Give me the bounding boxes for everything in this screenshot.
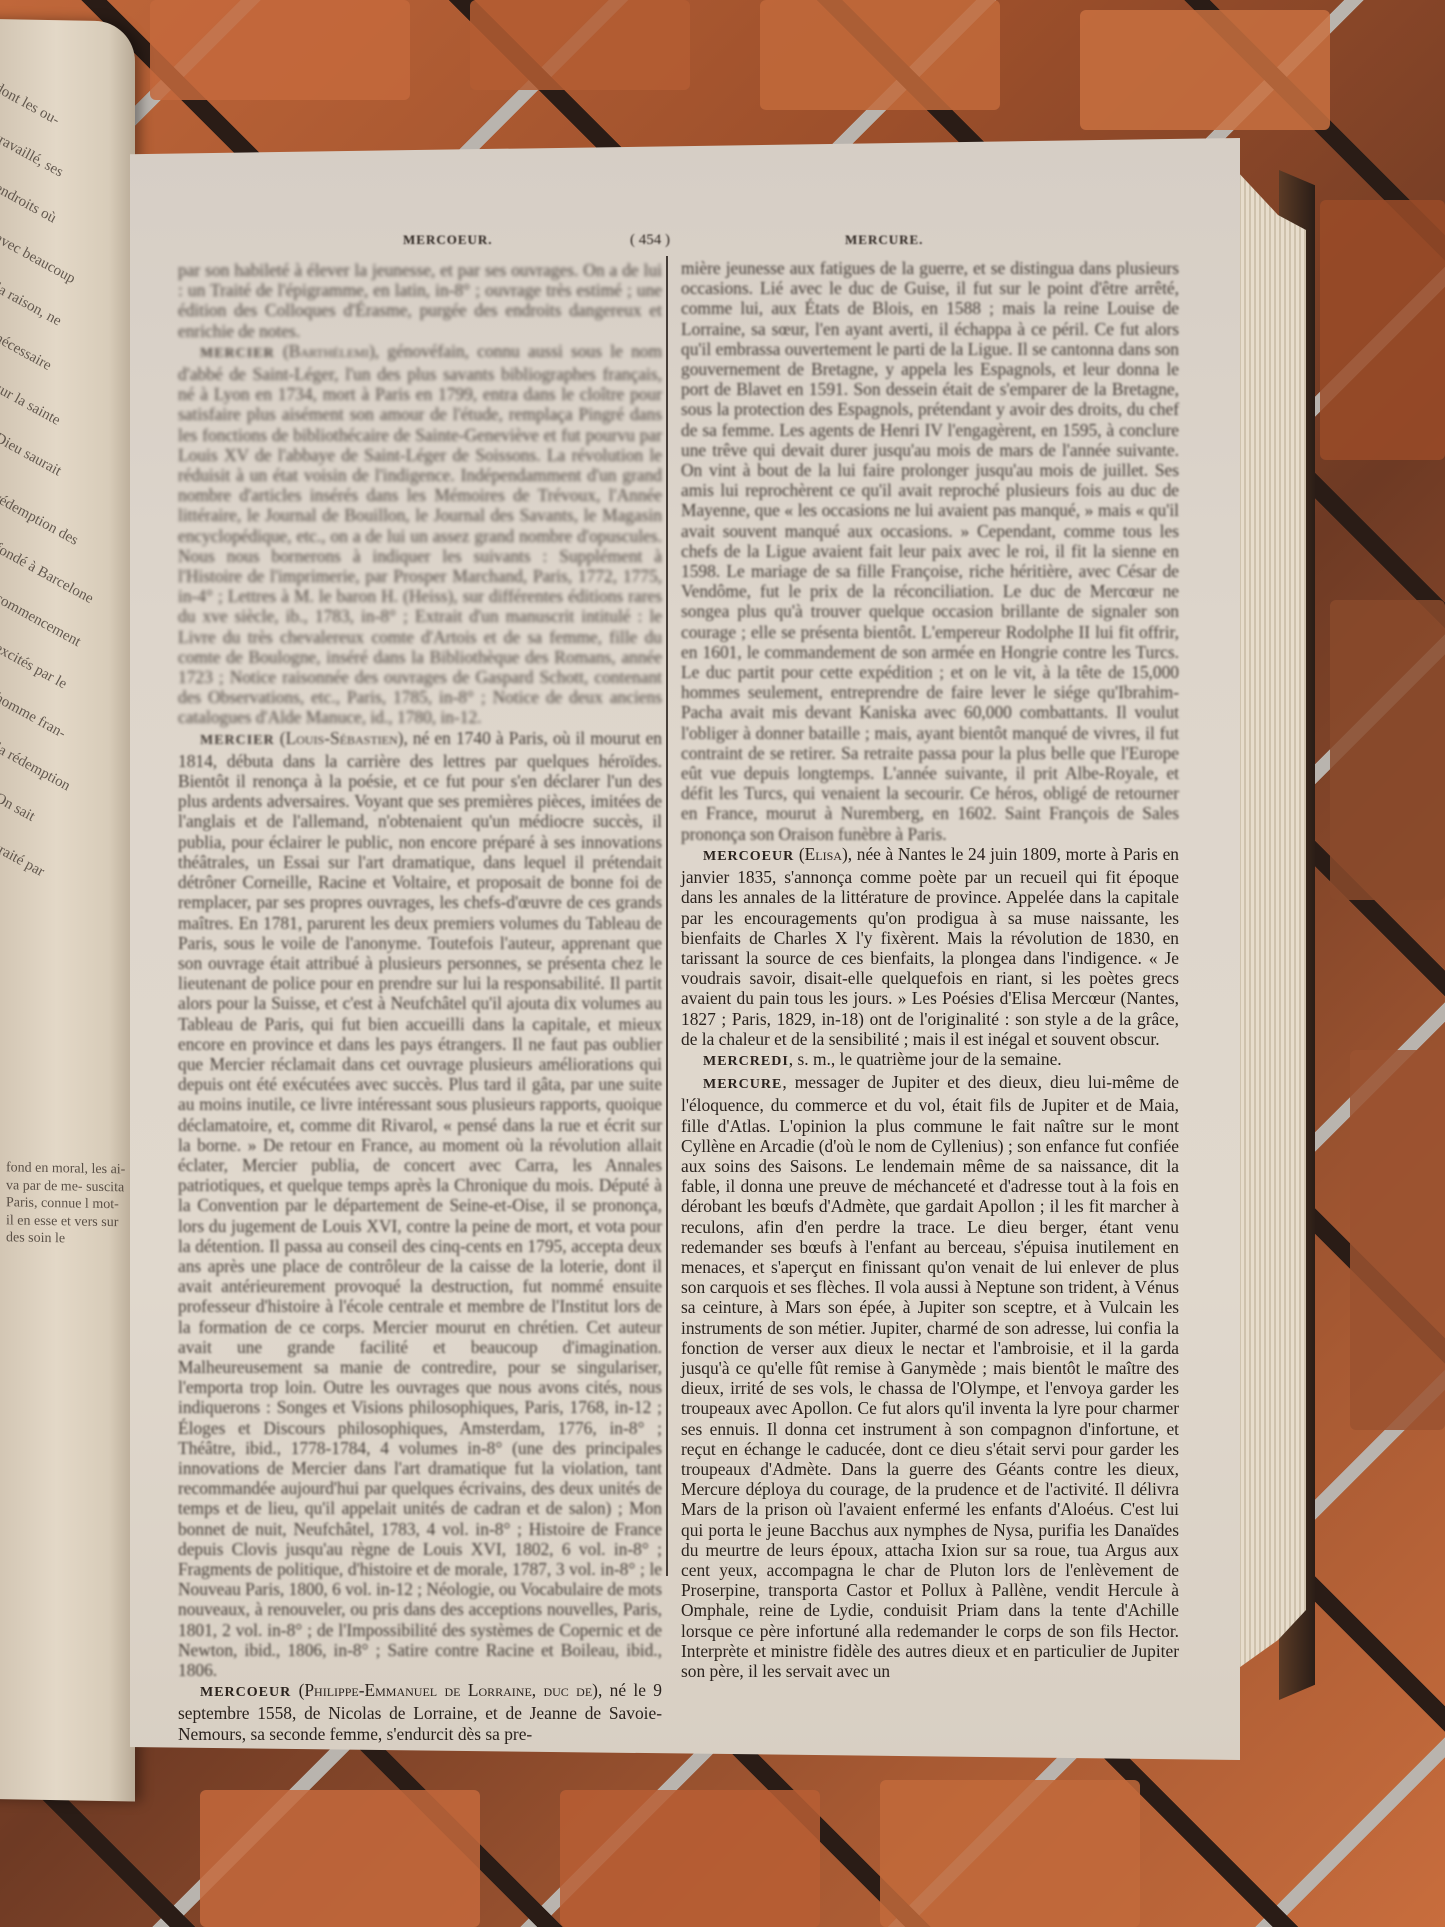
facing-page-text: excités par le xyxy=(0,639,70,694)
facing-page-text: On sait xyxy=(0,789,38,826)
facing-left-page: dont les ou- travaillé, ses endroits où … xyxy=(0,18,135,1801)
entry-subtitle: (Barthélemi) xyxy=(283,341,375,361)
floor-tile xyxy=(470,0,690,90)
facing-page-text: avec beaucoup xyxy=(0,229,78,289)
entry-headword: MERCOEUR xyxy=(200,1685,291,1700)
facing-page-text: nécessaire xyxy=(0,329,54,376)
facing-page-text: travaillé, ses xyxy=(0,129,66,182)
facing-page-text: sur la sainte xyxy=(0,379,63,430)
dictionary-entry: MERCURE, messager de Jupiter et des dieu… xyxy=(681,1072,1179,1681)
floor-tile xyxy=(200,1790,480,1927)
running-head-right: MERCURE. xyxy=(845,232,923,248)
page-number: ( 454 ) xyxy=(630,232,670,249)
running-head-left: MERCOEUR. xyxy=(403,232,493,248)
entry-text: mière jeunesse aux fatigues de la guerre… xyxy=(681,258,1179,844)
facing-page-text: traité par xyxy=(0,839,47,882)
entry-text: , messager de Jupiter et des dieux, dieu… xyxy=(681,1072,1179,1681)
entry-headword: MERCIER xyxy=(200,346,275,361)
entry-text: , né en 1740 à Paris, où il mourut en 18… xyxy=(178,728,662,1680)
entry-subtitle: (Philippe-Emmanuel de Lorraine, duc de) xyxy=(299,1680,598,1700)
right-text-column: mière jeunesse aux fatigues de la guerre… xyxy=(681,258,1179,1681)
column-divider xyxy=(666,256,668,1576)
facing-page-text: Dieu saurait xyxy=(0,429,64,481)
dictionary-entry: MERCOEUR (Elisa), née à Nantes le 24 jui… xyxy=(681,844,1179,1049)
floor-tile xyxy=(1330,600,1445,900)
floor-tile xyxy=(880,1780,1140,1927)
left-text-column: par son habileté à élever la jeunesse, e… xyxy=(178,260,662,1744)
floor-tile xyxy=(1080,10,1330,130)
entry-text: , génovéfain, connu aussi sous le nom d'… xyxy=(178,341,662,728)
entry-text: , s. m., le quatrième jour de la semaine… xyxy=(789,1049,1062,1069)
entry-text: par son habileté à élever la jeunesse, e… xyxy=(178,260,662,341)
entry-continuation: par son habileté à élever la jeunesse, e… xyxy=(178,260,662,341)
dictionary-entry: MERCIER (Louis-Sébastien), né en 1740 à … xyxy=(178,728,662,1681)
dictionary-entry: MERCOEUR (Philippe-Emmanuel de Lorraine,… xyxy=(178,1680,662,1744)
facing-page-text: homme fran- xyxy=(0,689,69,743)
dictionary-entry: MERCREDI, s. m., le quatrième jour de la… xyxy=(681,1049,1179,1072)
facing-page-text: la rédemption xyxy=(0,739,73,796)
entry-continuation: mière jeunesse aux fatigues de la guerre… xyxy=(681,258,1179,844)
floor-tile xyxy=(150,0,410,100)
entry-headword: MERCIER xyxy=(200,733,275,748)
facing-page-text: la raison, ne xyxy=(0,279,64,331)
dictionary-entry: MERCIER (Barthélemi), génovéfain, connu … xyxy=(178,341,662,728)
entry-subtitle: (Elisa) xyxy=(799,844,848,864)
entry-subtitle: (Louis-Sébastien) xyxy=(280,728,404,748)
floor-tile xyxy=(560,1790,820,1927)
floor-tile xyxy=(1350,1050,1445,1430)
facing-page-text: endroits où xyxy=(0,179,59,228)
floor-tile xyxy=(760,0,1000,110)
running-header: MERCOEUR. ( 454 ) MERCURE. xyxy=(160,232,1140,256)
page-block-edge xyxy=(1236,170,1306,1670)
entry-headword: MERCREDI xyxy=(703,1054,789,1069)
entry-headword: MERCURE xyxy=(703,1077,782,1092)
facing-page-text: dont les ou- xyxy=(0,79,63,130)
entry-headword: MERCOEUR xyxy=(703,849,794,864)
facing-page-text: rédemption des xyxy=(0,489,81,550)
floor-tile xyxy=(1320,200,1445,460)
entry-text: , née à Nantes le 24 juin 1809, morte à … xyxy=(681,844,1179,1049)
facing-page-column: fond en moral, les ai- va par de me- sus… xyxy=(6,1159,126,1249)
